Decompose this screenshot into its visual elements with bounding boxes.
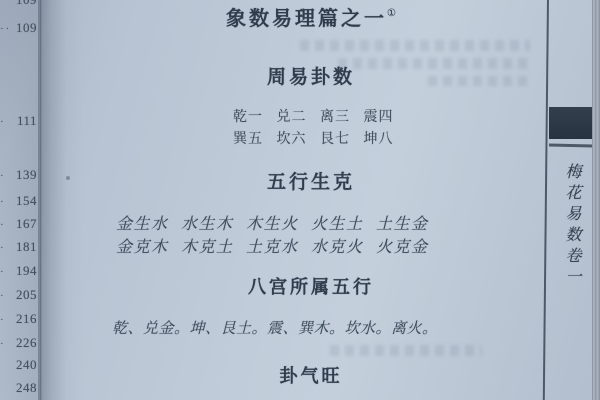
- toc-page-number: ·181: [0, 240, 37, 255]
- toc-page-number: ·139: [0, 168, 37, 183]
- toc-page-number: 240: [0, 358, 37, 372]
- book-page-photo: 109 ··109 ·111 ·139 ·154 ·167 ·181 ·194 …: [0, 0, 600, 400]
- toc-page-number: 109: [0, 0, 37, 7]
- toc-page-number: ·111: [0, 114, 37, 129]
- section-heading-wuxing-shengke: 五行生克: [75, 167, 547, 194]
- toc-dot-leader: ·: [0, 241, 6, 255]
- section-heading-bagong-wuxing: 八宫所属五行: [75, 273, 547, 299]
- toc-page-edge: 109 ··109 ·111 ·139 ·154 ·167 ·181 ·194 …: [0, 0, 42, 400]
- chapter-index-tab: [549, 107, 593, 139]
- book-pages-edge-texture: [592, 0, 600, 400]
- toc-dot-leader: ·: [0, 169, 6, 183]
- chapter-title-text: 象数易理篇之一: [226, 8, 387, 30]
- trigram-numbers-line-2: 巽五 坎六 艮七 坤八: [233, 128, 394, 148]
- gutter-shadow: [38, 0, 84, 400]
- toc-page-number: ·194: [0, 264, 37, 279]
- trigram-numbers-line-1: 乾一 兑二 离三 震四: [233, 106, 394, 126]
- toc-page-number: ·205: [0, 288, 37, 303]
- bleed-through-text: [300, 40, 530, 51]
- toc-page-number: 248: [0, 381, 37, 395]
- toc-dot-leader: ·: [0, 265, 6, 279]
- section-heading-zhouyi-guashu: 周易卦数: [75, 62, 547, 89]
- toc-dot-leader: ··: [0, 22, 11, 36]
- toc-dot-leader: ·: [0, 115, 6, 129]
- toc-page-number: ·216: [0, 312, 37, 327]
- toc-page-number: ··109: [0, 21, 37, 36]
- toc-page-number: ·154: [0, 194, 37, 209]
- toc-dot-leader: ·: [0, 337, 6, 351]
- chapter-title: 象数易理篇之一①: [75, 2, 547, 31]
- footnote-marker: ①: [387, 8, 396, 19]
- toc-dot-leader: ·: [0, 289, 6, 303]
- chapter-tab-underline: [549, 144, 593, 147]
- toc-page-number: ·226: [0, 336, 37, 351]
- bleed-through-text: [330, 345, 482, 356]
- five-elements-overcoming-line: 金克木 木克土 土克水 水克火 火克金: [116, 234, 429, 257]
- toc-dot-leader: ·: [0, 195, 6, 209]
- margin-rule-line: [543, 0, 549, 400]
- five-elements-generating-line: 金生水 水生木 木生火 火生土 土生金: [116, 211, 429, 234]
- volume-title-vertical: 梅花易数卷一: [561, 163, 583, 295]
- toc-dot-leader: ·: [0, 313, 6, 327]
- toc-page-number: ·167: [0, 217, 37, 232]
- paper-speck: [66, 176, 70, 180]
- eight-palaces-elements-line: 乾、兑金。坤、艮土。震、巽木。坎水。离火。: [112, 317, 438, 338]
- toc-dot-leader: ·: [0, 218, 6, 232]
- section-heading-guaqi-wang: 卦气旺: [75, 362, 547, 388]
